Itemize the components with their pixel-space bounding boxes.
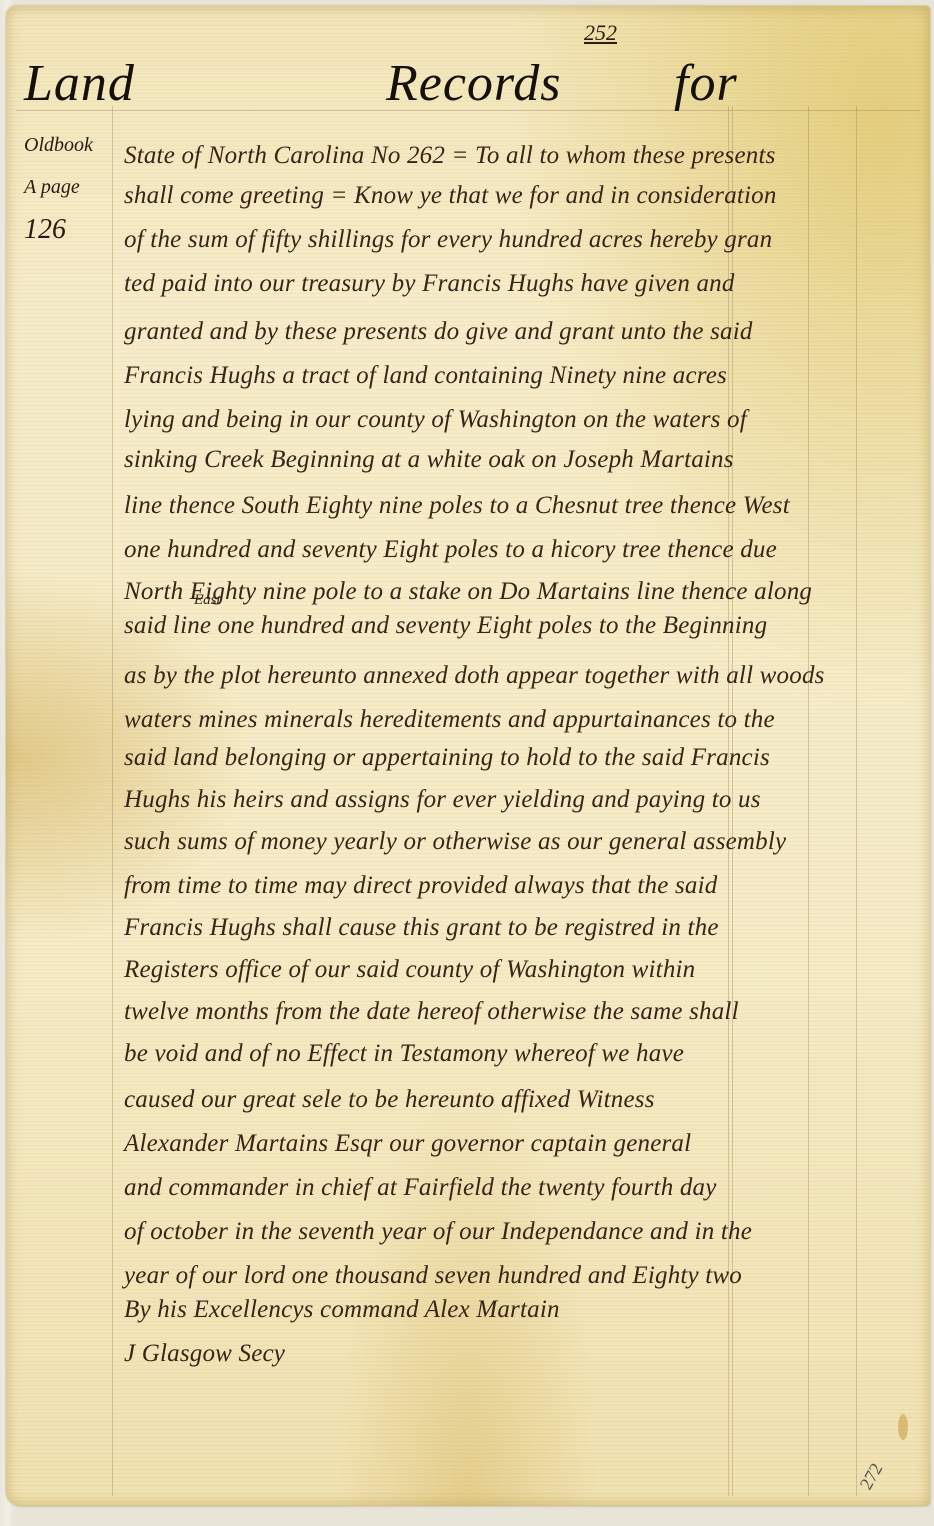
- body-line: from time to time may direct provided al…: [124, 872, 924, 900]
- body-line: Francis Hughs shall cause this grant to …: [124, 914, 924, 942]
- body-line: waters mines minerals hereditements and …: [124, 706, 924, 734]
- body-line: one hundred and seventy Eight poles to a…: [124, 536, 924, 564]
- body-line: year of our lord one thousand seven hund…: [124, 1262, 924, 1290]
- margin-rule: [112, 106, 113, 1496]
- body-line: such sums of money yearly or otherwise a…: [124, 828, 924, 856]
- ledger-page: Land Records for 252 Oldbook A page 126 …: [6, 6, 930, 1506]
- signature-line: By his Excellencys command Alex Martain: [124, 1296, 924, 1324]
- body-line: shall come greeting = Know ye that we fo…: [124, 182, 924, 210]
- body-line: granted and by these presents do give an…: [124, 318, 924, 346]
- body-line: ted paid into our treasury by Francis Hu…: [124, 270, 924, 298]
- body-line: of the sum of fifty shillings for every …: [124, 226, 924, 254]
- title-word-records: Records: [386, 54, 561, 113]
- body-line: North Eighty nine pole to a stake on Do …: [124, 578, 924, 606]
- body-line: said land belonging or appertaining to h…: [124, 744, 924, 772]
- margin-note-number: 126: [24, 214, 66, 246]
- body-line: sinking Creek Beginning at a white oak o…: [124, 446, 924, 474]
- secretary-signature: J Glasgow Secy: [124, 1340, 924, 1368]
- body-line: Registers office of our said county of W…: [124, 956, 924, 984]
- body-line: of october in the seventh year of our In…: [124, 1218, 924, 1246]
- body-line: Alexander Martains Esqr our governor cap…: [124, 1130, 924, 1158]
- body-line: and commander in chief at Fairfield the …: [124, 1174, 924, 1202]
- body-line: Francis Hughs a tract of land containing…: [124, 362, 924, 390]
- body-line: line thence South Eighty nine poles to a…: [124, 492, 924, 520]
- ink-stain: [898, 1414, 908, 1440]
- page-number: 252: [584, 20, 617, 46]
- body-line: Hughs his heirs and assigns for ever yie…: [124, 786, 924, 814]
- title-word-for: for: [674, 54, 738, 113]
- margin-note-page: A page: [24, 176, 80, 199]
- caret-insertion: East: [194, 592, 221, 609]
- body-line: lying and being in our county of Washing…: [124, 406, 924, 434]
- title-word-land: Land: [24, 54, 135, 113]
- body-line: State of North Carolina No 262 = To all …: [124, 142, 924, 170]
- body-line: caused our great sele to be hereunto aff…: [124, 1086, 924, 1114]
- body-line: twelve months from the date hereof other…: [124, 998, 924, 1026]
- body-line: said line one hundred and seventy Eight …: [124, 612, 924, 640]
- body-line: be void and of no Effect in Testamony wh…: [124, 1040, 924, 1068]
- margin-note-book: Oldbook: [24, 134, 93, 157]
- body-line: as by the plot hereunto annexed doth app…: [124, 662, 924, 690]
